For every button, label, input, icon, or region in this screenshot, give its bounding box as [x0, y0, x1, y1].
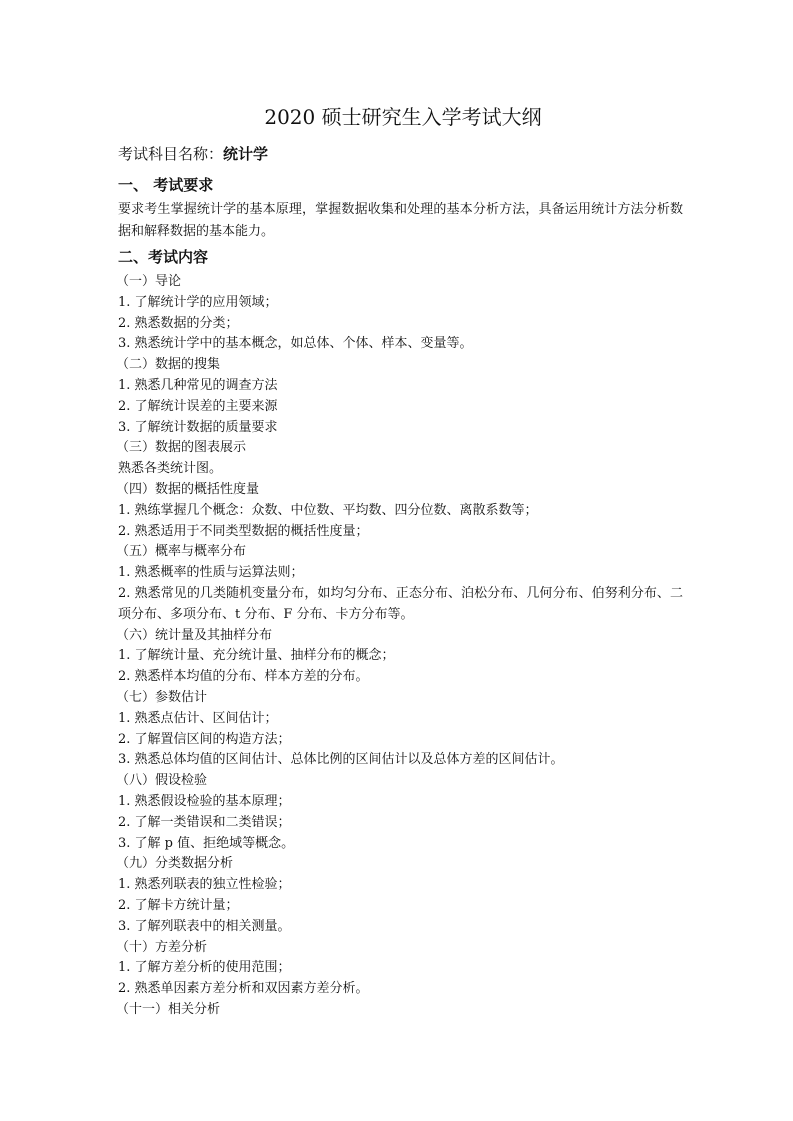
outline-section-heading: （八）假设检验: [116, 771, 688, 792]
outline-item: 1. 了解统计学的应用领域；: [118, 293, 688, 314]
outline-item: 2. 了解统计误差的主要来源: [118, 397, 688, 418]
outline-section-heading: （一）导论: [116, 272, 688, 293]
outline-item: 2. 熟悉单因素方差分析和双因素方差分析。: [118, 979, 688, 1000]
outline-item: 2. 了解置信区间的构造方法；: [118, 730, 688, 751]
outline-section-heading: （三）数据的图表展示: [116, 438, 688, 459]
outline-section-heading: （七）参数估计: [116, 688, 688, 709]
outline-item: 1. 熟练掌握几个概念：众数、中位数、平均数、四分位数、离散系数等；: [118, 501, 688, 522]
section-heading-content: 二、考试内容: [118, 246, 208, 268]
outline-item: 3. 了解 p 值、拒绝域等概念。: [118, 834, 688, 855]
outline-item: 1. 熟悉几种常见的调查方法: [118, 376, 688, 397]
outline-section-heading: （九）分类数据分析: [116, 854, 688, 875]
outline-item: 1. 了解方差分析的使用范围；: [118, 958, 688, 979]
outline-item: 3. 熟悉统计学中的基本概念，如总体、个体、样本、变量等。: [118, 334, 688, 355]
outline-item: 3. 熟悉总体均值的区间估计、总体比例的区间估计以及总体方差的区间估计。: [118, 750, 688, 771]
section-heading-requirements: 一、 考试要求: [118, 174, 213, 196]
exam-subject: 考试科目名称：统计学: [118, 143, 268, 165]
outline-section-heading: （十）方差分析: [116, 938, 688, 959]
outline-item: 熟悉各类统计图。: [118, 459, 688, 480]
outline-item: 1. 熟悉点估计、区间估计；: [118, 709, 688, 730]
subject-label: 考试科目名称：: [118, 145, 223, 163]
outline-section-heading: （二）数据的搜集: [116, 355, 688, 376]
outline-item: 3. 了解统计数据的质量要求: [118, 418, 688, 439]
outline-item: 2. 熟悉常见的几类随机变量分布，如均匀分布、正态分布、泊松分布、几何分布、伯努…: [118, 584, 683, 626]
outline-item: 3. 了解列联表中的相关测量。: [118, 917, 688, 938]
outline-item: 1. 熟悉列联表的独立性检验；: [118, 875, 688, 896]
outline-item: 1. 了解统计量、充分统计量、抽样分布的概念；: [118, 646, 688, 667]
outline-item: 2. 熟悉适用于不同类型数据的概括性度量；: [118, 522, 688, 543]
outline-item: 2. 熟悉数据的分类；: [118, 314, 688, 335]
outline-section-heading: （六）统计量及其抽样分布: [116, 626, 688, 647]
outline-section-heading: （五）概率与概率分布: [116, 542, 688, 563]
outline-item: 2. 熟悉样本均值的分布、样本方差的分布。: [118, 667, 688, 688]
content-outline: （一）导论 1. 了解统计学的应用领域； 2. 熟悉数据的分类； 3. 熟悉统计…: [118, 272, 688, 1021]
document-title: 2020 硕士研究生入学考试大纲: [118, 103, 688, 131]
outline-item: 2. 了解卡方统计量；: [118, 896, 688, 917]
outline-section-heading: （十一）相关分析: [116, 1000, 688, 1021]
outline-item: 1. 熟悉概率的性质与运算法则；: [118, 563, 688, 584]
requirements-paragraph: 要求考生掌握统计学的基本原理，掌握数据收集和处理的基本分析方法，具备运用统计方法…: [118, 199, 683, 243]
outline-item: 2. 了解一类错误和二类错误；: [118, 813, 688, 834]
subject-value: 统计学: [223, 145, 268, 163]
outline-section-heading: （四）数据的概括性度量: [116, 480, 688, 501]
outline-item: 1. 熟悉假设检验的基本原理；: [118, 792, 688, 813]
